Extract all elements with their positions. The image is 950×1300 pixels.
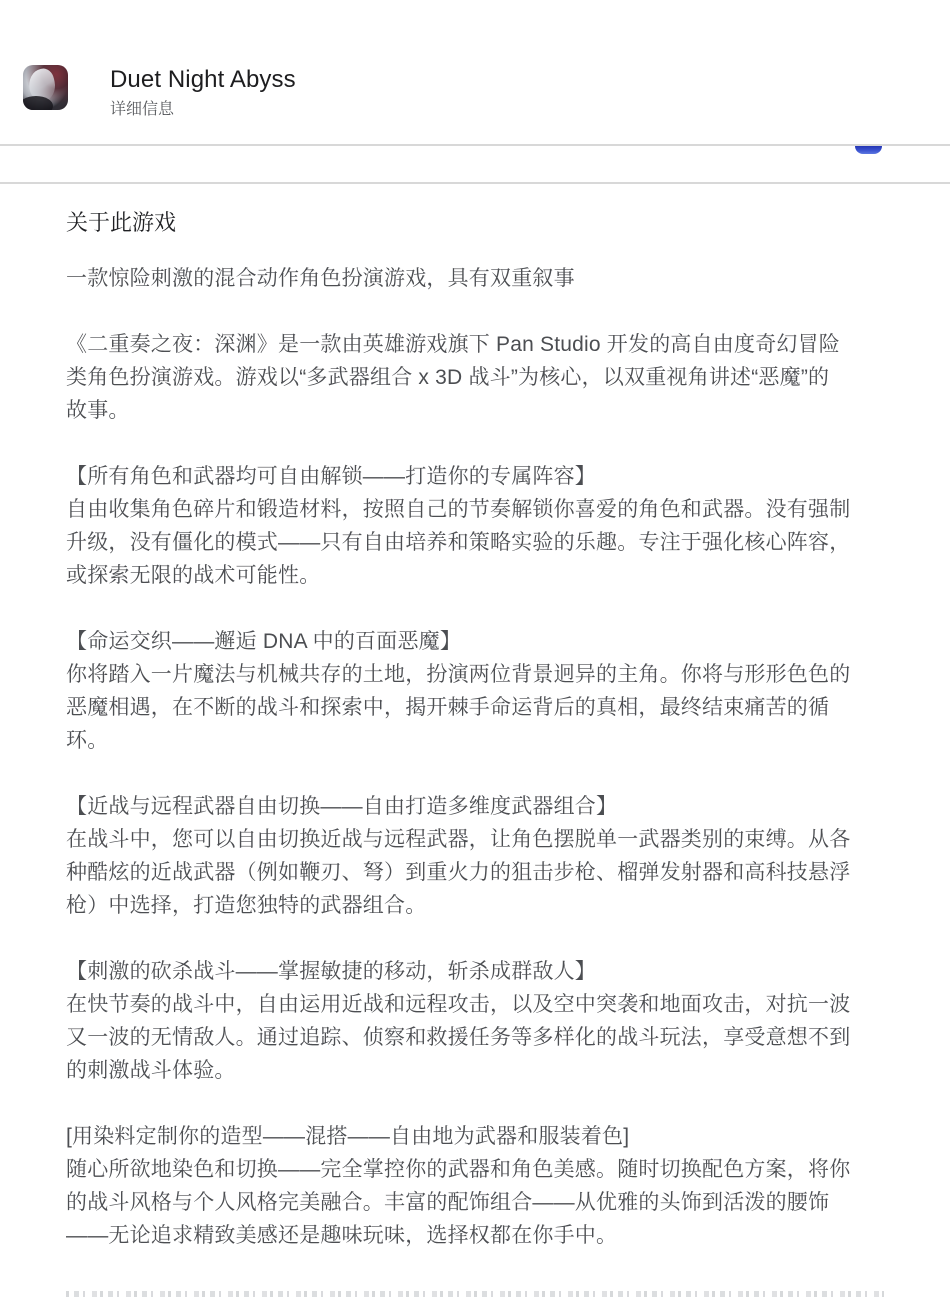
clipped-text-row	[66, 1291, 884, 1297]
description-paragraph: [用染料定制你的造型——混搭——自由地为武器和服装着色] 随心所欲地染色和切换—…	[66, 1120, 896, 1252]
divider-top	[0, 144, 950, 146]
page-subtitle: 详细信息	[110, 100, 296, 119]
page: Duet Night Abyss 详细信息 关于此游戏 一款惊险刺激的混合动作角…	[0, 0, 950, 1300]
section-title: 关于此游戏	[66, 210, 176, 236]
description-paragraph: 【命运交织——邂逅 DNA 中的百面恶魔】 你将踏入一片魔法与机械共存的土地，扮…	[66, 625, 896, 757]
description-paragraph: 【所有角色和武器均可自由解锁——打造你的专属阵容】 自由收集角色碎片和锻造材料，…	[66, 460, 896, 592]
description-paragraph: 《二重奏之夜：深渊》是一款由英雄游戏旗下 Pan Studio 开发的高自由度奇…	[66, 328, 896, 427]
app-header: Duet Night Abyss 详细信息	[0, 0, 950, 144]
divider-bottom	[0, 182, 950, 184]
game-description: 一款惊险刺激的混合动作角色扮演游戏，具有双重叙事 《二重奏之夜：深渊》是一款由英…	[66, 262, 896, 1285]
header-text: Duet Night Abyss 详细信息	[110, 66, 296, 119]
app-title[interactable]: Duet Night Abyss	[110, 66, 296, 94]
description-tagline: 一款惊险刺激的混合动作角色扮演游戏，具有双重叙事	[66, 262, 896, 295]
description-paragraph: 【刺激的砍杀战斗——掌握敏捷的移动，斩杀成群敌人】 在快节奏的战斗中，自由运用近…	[66, 955, 896, 1087]
game-app-icon[interactable]	[23, 65, 68, 110]
description-paragraph: 【近战与远程武器自由切换——自由打造多维度武器组合】 在战斗中，您可以自由切换近…	[66, 790, 896, 922]
blue-peek-indicator[interactable]	[855, 146, 882, 154]
